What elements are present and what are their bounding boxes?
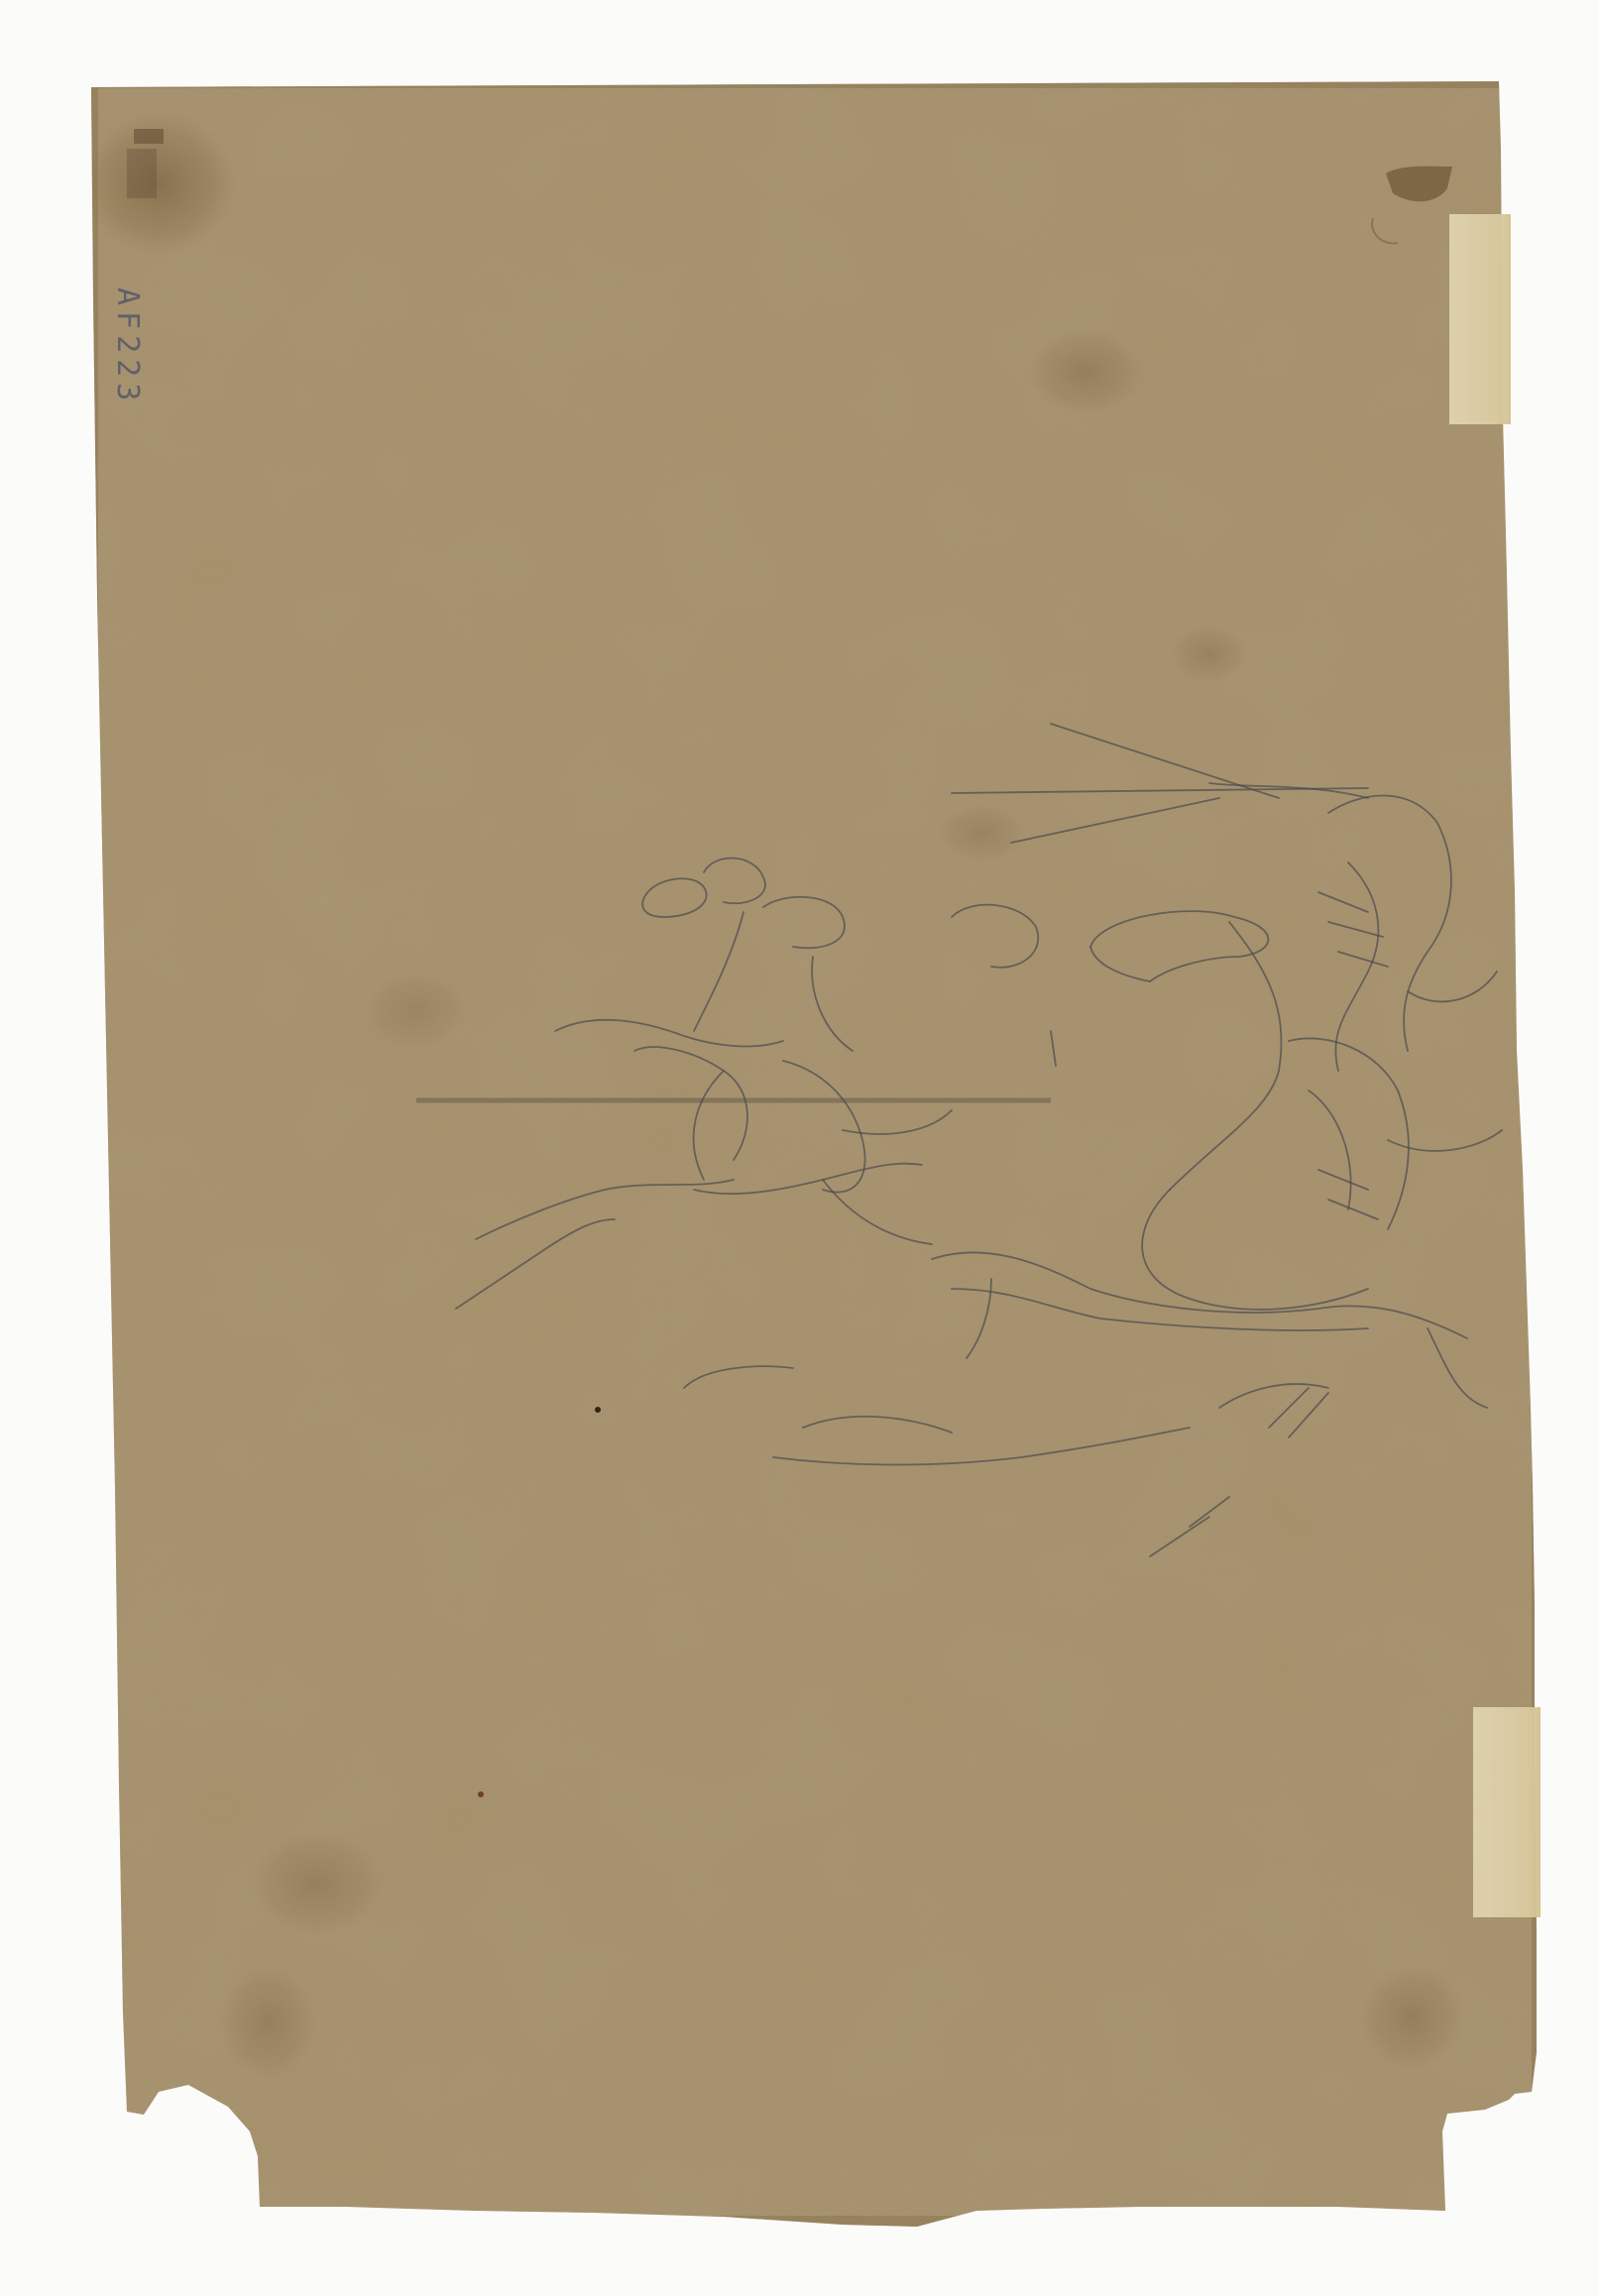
- hinge-tape-bottom: [1473, 1707, 1541, 1917]
- scanned-sheet: [0, 0, 1599, 2296]
- inventory-number: AF223: [110, 287, 145, 406]
- hinge-tape-top: [1449, 214, 1511, 424]
- paper-sheet: [0, 0, 1599, 2296]
